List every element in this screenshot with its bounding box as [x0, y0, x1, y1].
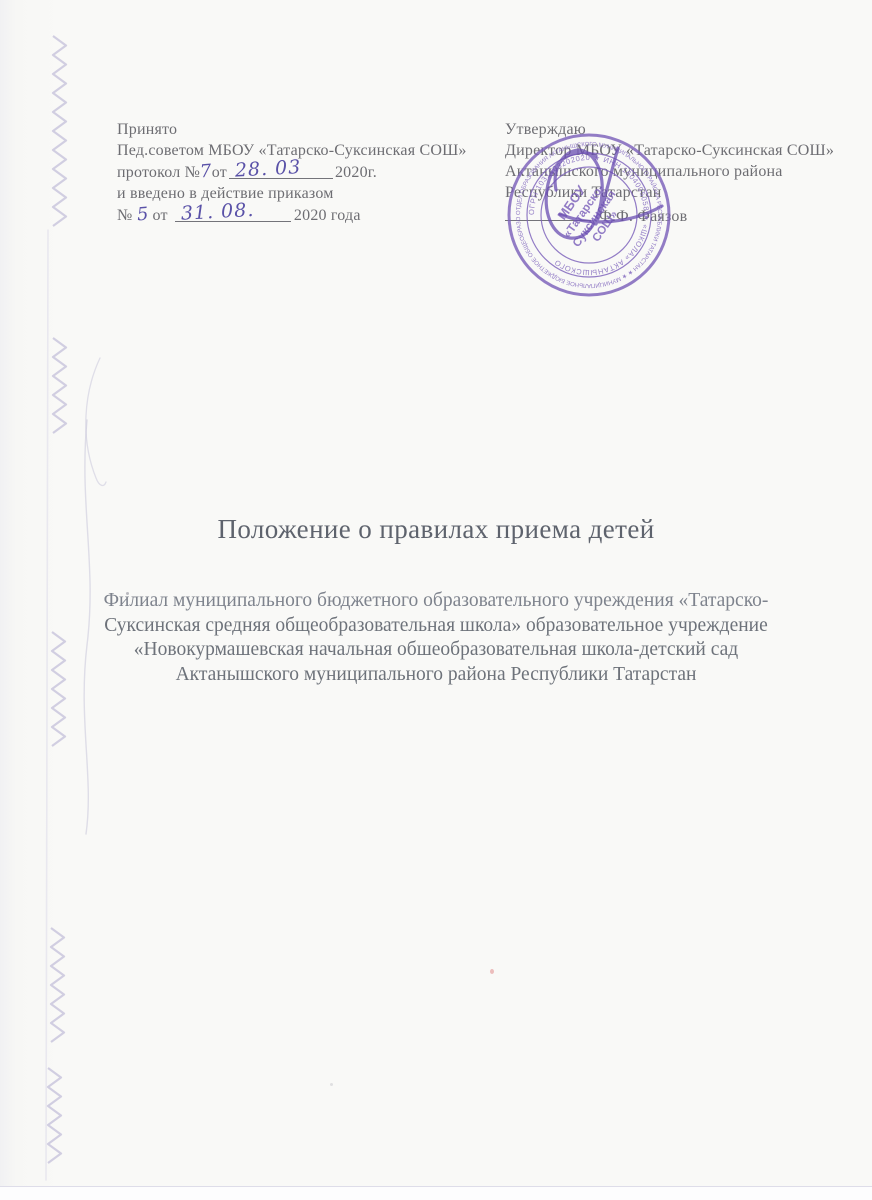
handwritten-date-2: 31. 08.: [174, 200, 254, 225]
handwritten-protocol-number: 7: [199, 161, 212, 183]
approved-block: Утверждаю Директор МБОУ «Татарско-Суксин…: [505, 119, 834, 227]
approved-line-4: Республики Татарстан: [505, 182, 834, 203]
ot-label-2: от: [153, 207, 168, 224]
scanned-document-page: Принято Пед.советом МБОУ «Татарско-Сукси…: [0, 0, 872, 1200]
date-blank-line-2: 31. 08.: [175, 204, 291, 222]
handwritten-date-1: 28. 03: [228, 157, 301, 182]
scan-speck-icon: [490, 969, 494, 974]
protocol-label: протокол №: [117, 164, 200, 181]
scan-speck-icon: [126, 592, 129, 595]
approved-line-1: Утверждаю: [505, 119, 834, 140]
handwritten-order-number: 5: [136, 204, 149, 226]
date-blank-line: 28. 03: [229, 161, 333, 179]
accepted-line-5: № 5 от 31. 08.2020 года: [117, 204, 467, 226]
year-label-1: 2020г.: [335, 164, 377, 181]
signature-blank-line: [505, 203, 591, 221]
accepted-line-3: протокол №7от28. 032020г.: [117, 161, 467, 183]
page-title: Положение о правилах приема детей: [0, 514, 872, 545]
accepted-block: Принято Пед.советом МБОУ «Татарско-Сукси…: [117, 119, 467, 226]
paper-crease-lines-icon: [46, 230, 106, 1180]
signer-name: Ф.Ф. Фаязов: [599, 208, 687, 225]
scan-speck-icon: [330, 1083, 333, 1086]
paragraph-line: Суксинская средняя общеобразовательная ш…: [0, 614, 872, 639]
paragraph-line: Актанышского муниципального района Респу…: [0, 663, 872, 688]
approved-line-3: Актанышского муниципального района: [505, 161, 834, 182]
year-label-2: 2020 года: [294, 207, 361, 224]
approved-line-2: Директор МБОУ «Татарско-Суксинская СОШ»: [505, 140, 834, 161]
body-paragraph: Филиал муниципального бюджетного образов…: [0, 589, 872, 687]
paragraph-line: «Новокурмашевская начальная обшеобразова…: [0, 638, 872, 663]
number-sign-label: №: [117, 207, 132, 224]
signature-line: Ф.Ф. Фаязов: [505, 203, 834, 227]
accepted-line-4: и введено в действие приказом: [117, 183, 467, 204]
ot-label: от: [212, 164, 227, 181]
paragraph-line: Филиал муниципального бюджетного образов…: [0, 589, 872, 614]
accepted-line-1: Принято: [117, 119, 467, 140]
